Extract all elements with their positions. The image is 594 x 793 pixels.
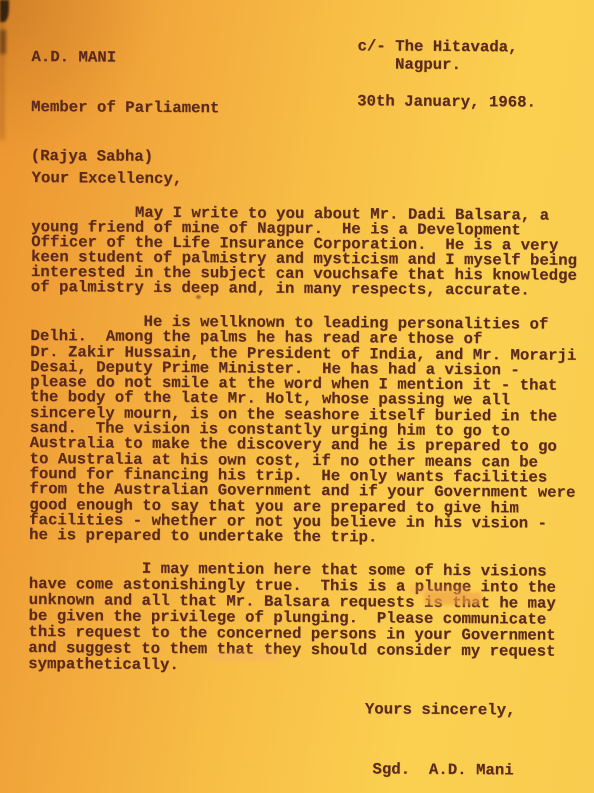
signature-line: Sgd. A.D. Mani	[372, 762, 513, 778]
body-paragraph-1: May I write to you about Mr. Dadi Balsar…	[31, 205, 578, 299]
sender-org: (Rajya Sabha)	[31, 148, 219, 166]
salutation: Your Excellency,	[31, 171, 182, 187]
body-paragraph-3: I may mention here that some of his visi…	[28, 560, 556, 676]
return-address: c/- The Hitavada, Nagpur.	[357, 38, 517, 74]
body-paragraph-2: He is wellknown to leading personalities…	[29, 314, 577, 547]
closing-line: Yours sincerely,	[365, 702, 516, 718]
letter-page: A.D. MANI Member of Parliament (Rajya Sa…	[0, 0, 594, 793]
date-line: 30th January, 1968.	[357, 94, 536, 111]
sender-title: Member of Parliament	[31, 99, 219, 117]
typewritten-text-layer: A.D. MANI Member of Parliament (Rajya Sa…	[0, 0, 594, 793]
sender-name: A.D. MANI	[31, 49, 219, 67]
